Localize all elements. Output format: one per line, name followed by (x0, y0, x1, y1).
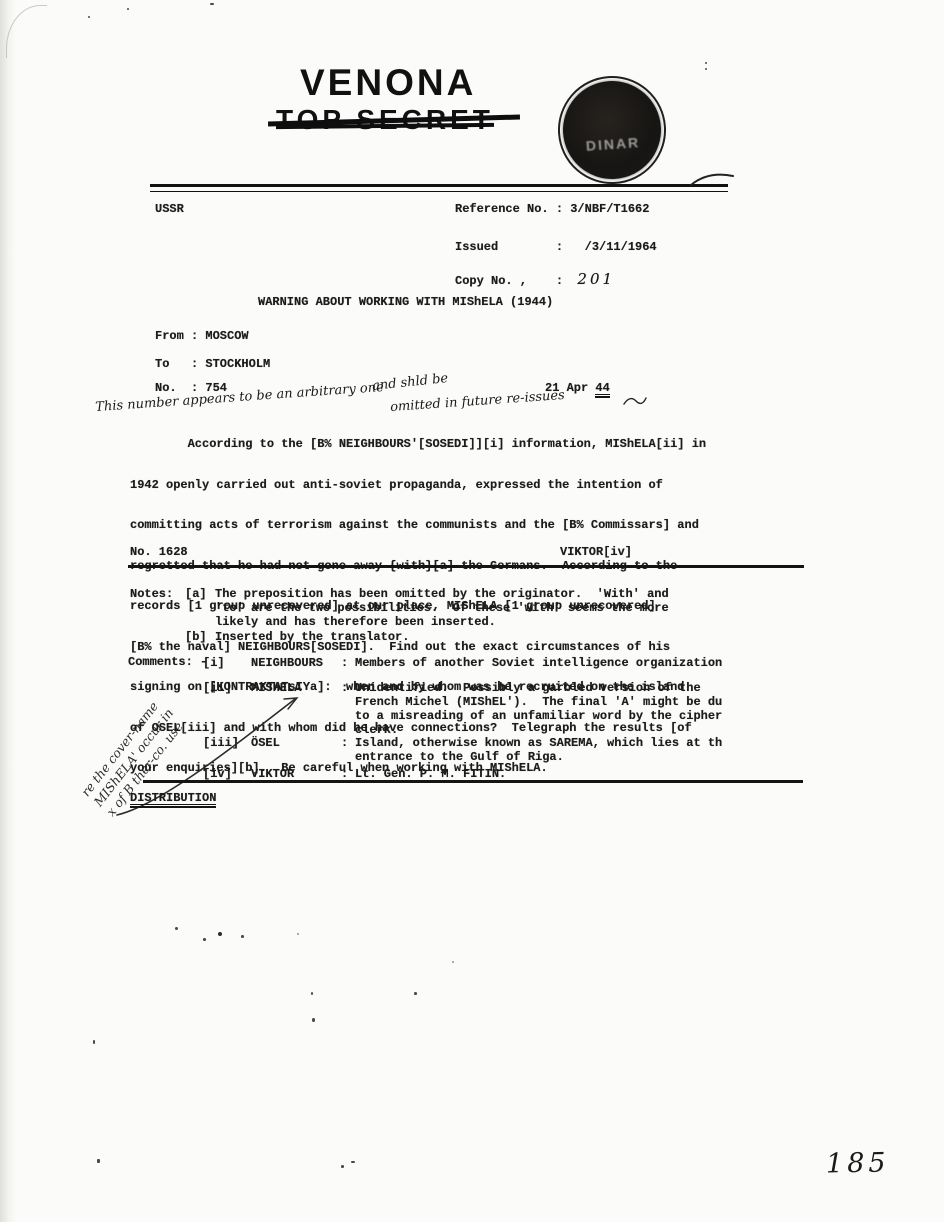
note-text: The preposition has been omitted by the … (215, 588, 669, 629)
circular-stamp: DINAR (554, 72, 669, 187)
copy-number-value-handwritten: 201 (577, 270, 615, 288)
scan-speck (218, 932, 222, 936)
message-body-line: According to the [B% NEIGHBOURS'[SOSEDI]… (130, 438, 706, 452)
note-line: The preposition has been omitted by the … (215, 588, 669, 602)
scanned-document-page: VENONA TOP SECRET DINAR USSR Reference N… (0, 0, 944, 1222)
notes-label: Notes: (130, 588, 173, 602)
document-title: WARNING ABOUT WORKING WITH MIShELA (1944… (258, 296, 553, 310)
comment-colon: : (341, 767, 355, 781)
stamp-ink-fill: DINAR (560, 78, 665, 183)
note-text: Inserted by the translator. (215, 631, 409, 645)
comment-line: Lt. Gen. P. M. FITIN. (355, 767, 506, 781)
scan-speck (297, 933, 299, 935)
scan-speck (93, 1040, 95, 1044)
note-line: 'to' are the two possibilities. Of these… (215, 602, 669, 616)
distribution-text: DISTRIBUTION (130, 792, 216, 805)
note-tag: [a] (185, 588, 215, 629)
message-body-line: 1942 openly carried out anti-soviet prop… (130, 479, 706, 493)
handwritten-margin-note: This number appears to be an arbitrary o… (95, 380, 384, 415)
internal-serial-number: No. 1628 (130, 546, 188, 560)
scan-speck (97, 1159, 100, 1163)
comment-colon: : (341, 681, 355, 737)
caret-mark-icon (622, 393, 648, 407)
handwritten-margin-note: and shld be (371, 371, 448, 394)
copy-number-row: Copy No. , : 201 (455, 273, 615, 289)
comment-line: to a misreading of an unfamiliar word by… (355, 709, 722, 723)
section-divider (128, 565, 804, 568)
comment-colon: : (341, 736, 355, 764)
scan-speck (414, 992, 417, 995)
comment-line: entrance to the Gulf of Riga. (355, 750, 722, 764)
comment-colon: : (341, 656, 355, 670)
scan-speck (705, 62, 707, 64)
message-body-line: committing acts of terrorism against the… (130, 519, 706, 533)
comment-definition: Island, otherwise known as SAREMA, which… (355, 736, 722, 764)
scan-speck (88, 16, 90, 18)
note-item-a: [a] The preposition has been omitted by … (185, 588, 669, 629)
note-item-b: [b] Inserted by the translator. (185, 631, 409, 645)
reference-number-row: Reference No. : 3/NBF/T1662 (455, 203, 649, 217)
date-year-underlined: 44 (595, 382, 609, 395)
handwritten-tick-icon (688, 168, 736, 192)
scan-speck (312, 1018, 315, 1022)
venona-logo: VENONA (300, 62, 476, 104)
page-number-handwritten: 185 (826, 1147, 890, 1179)
note-line: Inserted by the translator. (215, 631, 409, 645)
scan-speck (210, 3, 214, 5)
comment-line: French Michel (MIShEL'). The final 'A' m… (355, 695, 722, 709)
to-line: To : STOCKHOLM (155, 358, 270, 372)
comment-definition: Members of another Soviet intelligence o… (355, 656, 722, 670)
comment-line: clerk. (355, 723, 722, 737)
issued-date-row: Issued : /3/11/1964 (455, 241, 657, 255)
comment-definition: Lt. Gen. P. M. FITIN. (355, 767, 506, 781)
scan-speck (203, 938, 206, 941)
scan-speck (175, 927, 178, 930)
scan-speck (705, 68, 707, 70)
scan-speck (311, 992, 313, 995)
top-secret-marking: TOP SECRET (276, 104, 494, 136)
scan-speck (241, 935, 244, 938)
scan-speck (341, 1165, 344, 1168)
footer-divider (143, 780, 803, 783)
scan-speck (127, 8, 129, 10)
signature: VIKTOR[iv] (560, 546, 632, 560)
copy-number-label: Copy No. , : (455, 274, 577, 288)
scan-left-edge (0, 0, 16, 1222)
header-double-rule (150, 184, 728, 192)
note-tag: [b] (185, 631, 215, 645)
distribution-heading: DISTRIBUTION (130, 792, 216, 806)
stamp-codeword: DINAR (564, 132, 663, 155)
comment-line: Members of another Soviet intelligence o… (355, 656, 722, 670)
note-line: likely and has therefore been inserted. (215, 616, 669, 630)
comment-definition: Unidentified. Possibly a garbled version… (355, 681, 722, 737)
scan-speck (452, 961, 454, 963)
comment-line: Island, otherwise known as SAREMA, which… (355, 736, 722, 750)
scan-speck (351, 1161, 355, 1163)
country-label: USSR (155, 203, 184, 217)
from-line: From : MOSCOW (155, 330, 249, 344)
comment-line: Unidentified. Possibly a garbled version… (355, 681, 722, 695)
